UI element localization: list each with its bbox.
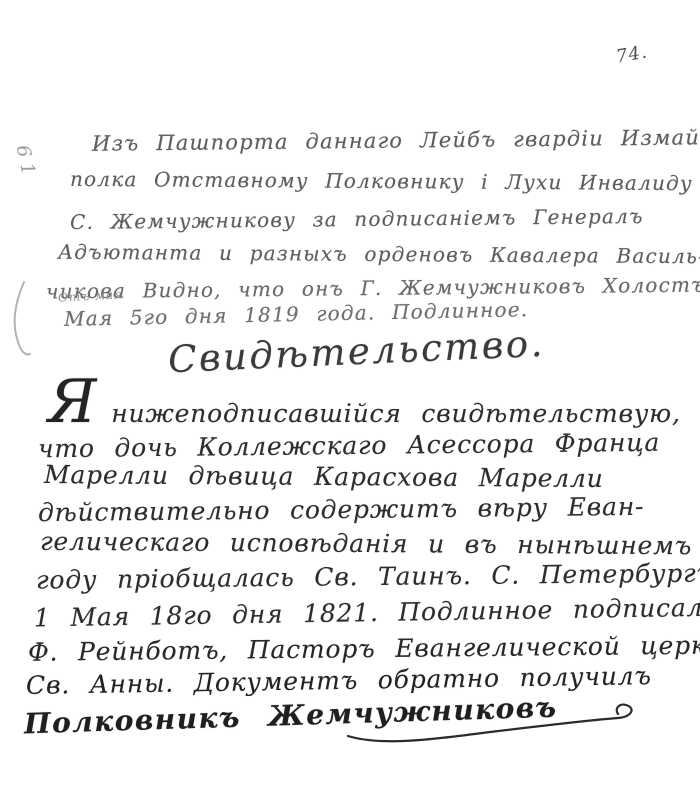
signature-flourish — [340, 696, 650, 751]
text-line: 1 Мая 18го дня 1821. Подлинное подписали — [34, 595, 700, 631]
page-number: 74. — [614, 41, 649, 67]
certificate-heading: Свидѣтельство. — [167, 322, 545, 381]
margin-mark: 61 — [12, 143, 41, 183]
text-line: Ф. Рейнботъ, Пасторъ Евангелической церк… — [28, 632, 700, 664]
text-line: С. Жемчужникову за подписаніемъ Генералъ — [70, 206, 644, 232]
text-line: Изъ Пашпорта даннаго Лейбъ гвардіи Измай… — [92, 126, 700, 154]
text-line: Я нижеподписавшійся свидѣтельствую, — [48, 378, 681, 426]
text-line: дѣйствительно содержитъ вѣру Еван- — [38, 494, 645, 525]
scanned-document-page: 74. 61 Изъ Пашпорта даннаго Лейбъ гварді… — [0, 0, 700, 789]
text-line: году пріобщалась Св. Таинъ. С. Петербург… — [36, 560, 700, 592]
text-line: Адъютанта и разныхъ орденовъ Кавалера Ва… — [58, 242, 700, 267]
text-line: чикова Видно, что онъ Г. Жемчужниковъ Хо… — [46, 275, 700, 302]
text-line: Мая 5го дня 1819 года. Подлинное. — [64, 299, 529, 329]
margin-stroke — [4, 280, 34, 370]
text-line: полка Отставному Полковнику і Лухи Инвал… — [70, 169, 693, 193]
drop-cap-initial: Я — [48, 378, 97, 426]
text-line: что дочь Коллежскаго Асессора Франца — [38, 430, 660, 462]
text-line-continuation: нижеподписавшійся свидѣтельствую, — [111, 401, 680, 426]
text-line: Марелли дѣвица Карасхова Марелли — [44, 462, 604, 491]
text-line: Св. Анны. Документъ обратно получилъ — [26, 663, 652, 698]
text-line: гелическаго исповѣданія и въ нынѣшнемъ — [40, 529, 692, 559]
